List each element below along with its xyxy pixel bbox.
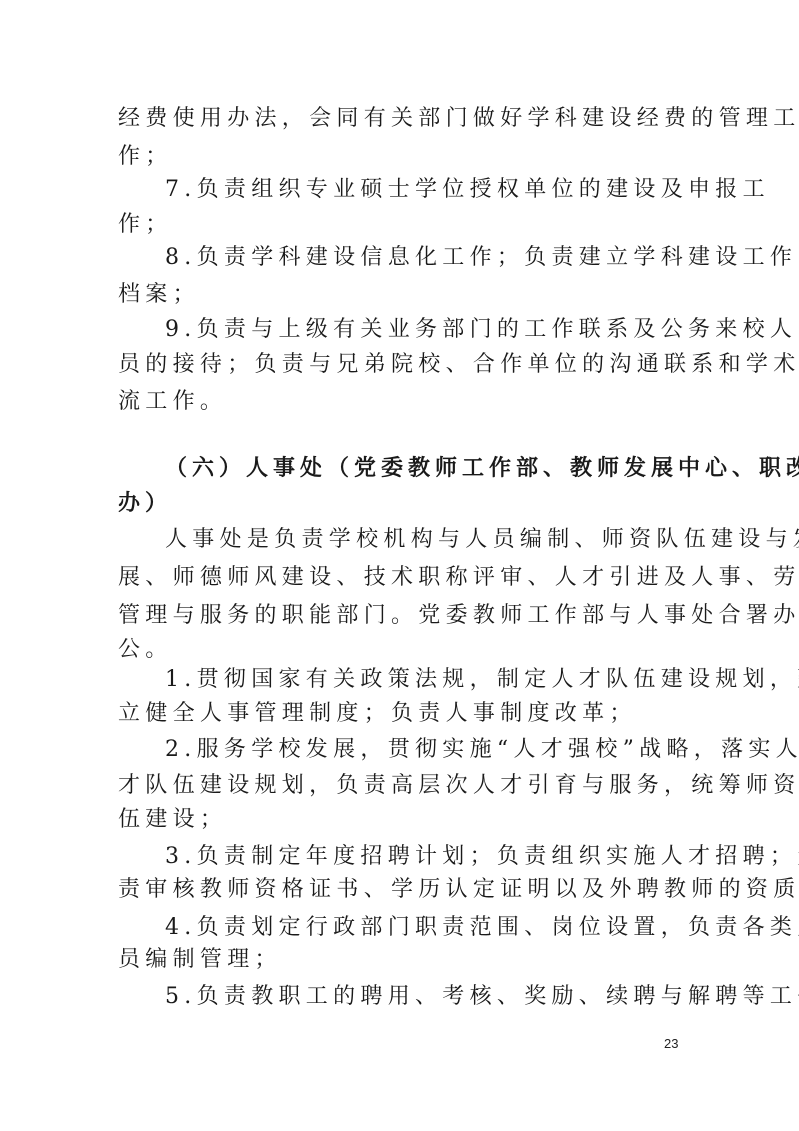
text-line: 经费使用办法，会同有关部门做好学科建设经费的管理工 — [118, 104, 684, 134]
page-number: 23 — [664, 1036, 678, 1051]
intro-paragraph-line: 展、师德师风建设、技术职称评审、人才引进及人事、劳资 — [118, 563, 684, 593]
text-line: 流工作。 — [118, 387, 684, 417]
section-heading: 办） — [118, 488, 684, 518]
text-line: 作； — [118, 210, 684, 240]
list-item-line: 员编制管理； — [118, 945, 684, 975]
text-line: 档案； — [118, 280, 684, 310]
list-item-line: 1.贯彻国家有关政策法规，制定人才队伍建设规划，建 — [165, 665, 684, 695]
text-line: 作； — [118, 142, 684, 172]
text-line: 员的接待；负责与兄弟院校、合作单位的沟通联系和学术交 — [118, 350, 684, 380]
list-item-line: 立健全人事管理制度；负责人事制度改革； — [118, 699, 684, 729]
list-item-line: 3.负责制定年度招聘计划；负责组织实施人才招聘；负 — [165, 842, 684, 872]
intro-paragraph-line: 人事处是负责学校机构与人员编制、师资队伍建设与发 — [165, 525, 684, 555]
section-heading: （六）人事处（党委教师工作部、教师发展中心、职改 — [165, 453, 684, 483]
list-item-line: 伍建设； — [118, 805, 684, 835]
list-item-line: 4.负责划定行政部门职责范围、岗位设置，负责各类人 — [165, 913, 684, 943]
text-line: 7.负责组织专业硕士学位授权单位的建设及申报工 — [165, 175, 684, 205]
list-item-line: 才队伍建设规划，负责高层次人才引育与服务，统筹师资队 — [118, 771, 684, 801]
list-item-line: 责审核教师资格证书、学历认定证明以及外聘教师的资质； — [118, 875, 684, 905]
intro-paragraph-line: 管理与服务的职能部门。党委教师工作部与人事处合署办 — [118, 601, 684, 631]
list-item-line: 5.负责教职工的聘用、考核、奖励、续聘与解聘等工作； — [165, 982, 684, 1012]
text-line: 9.负责与上级有关业务部门的工作联系及公务来校人 — [165, 315, 684, 345]
list-item-line: 2.服务学校发展，贯彻实施“人才强校”战略，落实人 — [165, 735, 684, 765]
text-line: 8.负责学科建设信息化工作；负责建立学科建设工作 — [165, 243, 684, 273]
intro-paragraph-line: 公。 — [118, 635, 684, 665]
